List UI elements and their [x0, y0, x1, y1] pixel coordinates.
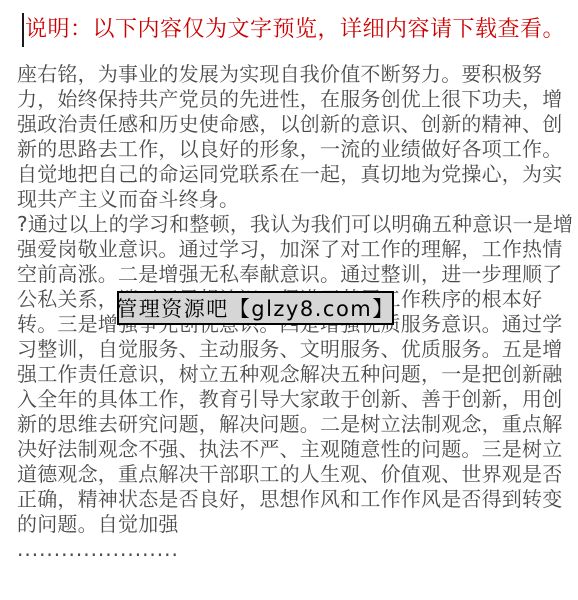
- text-line: 现共产主义而奋斗终身。: [17, 187, 563, 212]
- text-line: 的问题。自觉加强: [17, 512, 563, 537]
- text-line: 决好法制观念不强、执法不严、主观随意性的问题。三是树立: [17, 437, 563, 462]
- document-preview-page: 说明：以下内容仅为文字预览，详细内容请下载查看。 座右铭，为事业的发展为实现自我…: [0, 0, 578, 600]
- text-line: 强政治责任感和历史使命感，以创新的意识、创新的精神、创: [17, 112, 563, 137]
- text-line: 入全年的具体工作，教育引导大家敢于创新、善于创新，用创: [17, 387, 563, 412]
- watermark-badge: 管理资源吧【glzy8.com】: [117, 291, 394, 325]
- watermark-label: 管理资源吧【glzy8.com】: [116, 293, 395, 323]
- preview-notice: 说明：以下内容仅为文字预览，详细内容请下载查看。: [25, 13, 565, 47]
- text-line: 座右铭，为事业的发展为实现自我价值不断努力。要积极努: [17, 62, 563, 87]
- text-line: ?通过以上的学习和整顿，我认为我们可以明确五种意识一是增: [17, 212, 563, 237]
- text-line: 力，始终保持共产党员的先进性，在服务创优上很下功夫，增: [17, 87, 563, 112]
- text-cursor: [22, 13, 24, 47]
- text-line: 习整训，自觉服务、主动服务、文明服务、优质服务。五是增: [17, 337, 563, 362]
- text-line: 空前高涨。二是增强无私奉献意识。通过整训，进一步理顺了: [17, 262, 563, 287]
- ellipsis-line: ......................: [17, 537, 563, 562]
- text-line: 新的思路去工作，以良好的形象，一流的业绩做好各项工作。: [17, 137, 563, 162]
- text-line: 强工作责任意识，树立五种观念解决五种问题，一是把创新融: [17, 362, 563, 387]
- text-line: 新的思维去研究问题，解决问题。二是树立法制观念，重点解: [17, 412, 563, 437]
- text-line: 道德观念，重点解决干部职工的人生观、价值观、世界观是否: [17, 462, 563, 487]
- text-line: 正确，精神状态是否良好，思想作风和工作作风是否得到转变: [17, 487, 563, 512]
- text-line: 强爱岗敬业意识。通过学习，加深了对工作的理解，工作热情: [17, 237, 563, 262]
- text-line: 自觉地把自己的命运同党联系在一起，真切地为党操心，为实: [17, 162, 563, 187]
